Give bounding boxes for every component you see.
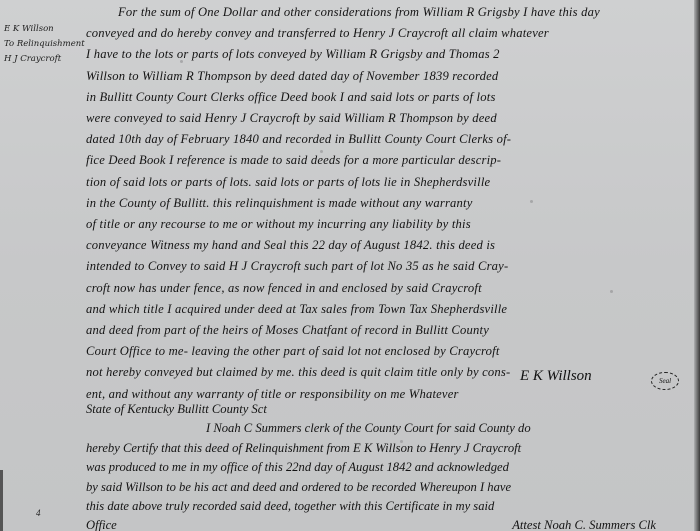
- certificate-line: this date above truly recorded said deed…: [86, 497, 694, 516]
- deed-line: Court Office to me- leaving the other pa…: [86, 341, 694, 362]
- deed-line: in the County of Bullitt. this relinquis…: [86, 193, 694, 214]
- deed-page-scan: E K Willson To Relinquishment H J Craycr…: [0, 0, 700, 531]
- deed-line: in Bullitt County Court Clerks office De…: [86, 87, 694, 108]
- deed-line: and deed from part of the heirs of Moses…: [86, 320, 694, 341]
- certificate-line: hereby Certify that this deed of Relinqu…: [86, 439, 694, 458]
- margin-grantor: E K Willson: [4, 22, 84, 37]
- deed-line: and which title I acquired under deed at…: [86, 299, 694, 320]
- clerk-attestation: Attest Noah C. Summers Clk: [512, 516, 656, 531]
- certificate-heading: State of Kentucky Bullitt County Sct: [86, 400, 694, 419]
- deed-line: intended to Convey to said H J Craycroft…: [86, 256, 694, 277]
- deed-line: For the sum of One Dollar and other cons…: [86, 2, 694, 23]
- margin-relinquishment: To Relinquishment: [4, 37, 84, 52]
- deed-line: conveyed and do hereby convey and transf…: [86, 23, 694, 44]
- deed-line: were conveyed to said Henry J Craycroft …: [86, 108, 694, 129]
- margin-grantee: H J Craycroft: [4, 52, 84, 67]
- clerk-certificate: State of Kentucky Bullitt County Sct I N…: [86, 400, 694, 531]
- deed-body: For the sum of One Dollar and other cons…: [86, 2, 694, 405]
- deed-line: croft now has under fence, as now fenced…: [86, 278, 694, 299]
- page-left-edge: [0, 470, 3, 531]
- deed-line: not hereby conveyed but claimed by me. t…: [86, 362, 694, 383]
- certificate-line: I Noah C Summers clerk of the County Cou…: [86, 419, 694, 438]
- deed-line: I have to the lots or parts of lots conv…: [86, 44, 694, 65]
- deed-line: dated 10th day of February 1840 and reco…: [86, 129, 694, 150]
- certificate-final-row: Office Attest Noah C. Summers Clk: [86, 516, 656, 531]
- margin-note: E K Willson To Relinquishment H J Craycr…: [4, 22, 84, 67]
- deed-line: Willson to William R Thompson by deed da…: [86, 66, 694, 87]
- grantor-signature: E K Willson: [520, 368, 592, 385]
- certificate-line: by said Willson to be his act and deed a…: [86, 478, 694, 497]
- page-binding-edge: [694, 0, 700, 531]
- deed-line: tion of said lots or parts of lots. said…: [86, 172, 694, 193]
- certificate-line: was produced to me in my office of this …: [86, 458, 694, 477]
- deed-line: fice Deed Book I reference is made to sa…: [86, 150, 694, 171]
- seal-mark: Seal: [651, 372, 679, 390]
- page-mark: 4: [36, 508, 41, 518]
- deed-line: conveyance Witness my hand and Seal this…: [86, 235, 694, 256]
- certificate-line: Office: [86, 516, 117, 531]
- deed-line: of title or any recourse to me or withou…: [86, 214, 694, 235]
